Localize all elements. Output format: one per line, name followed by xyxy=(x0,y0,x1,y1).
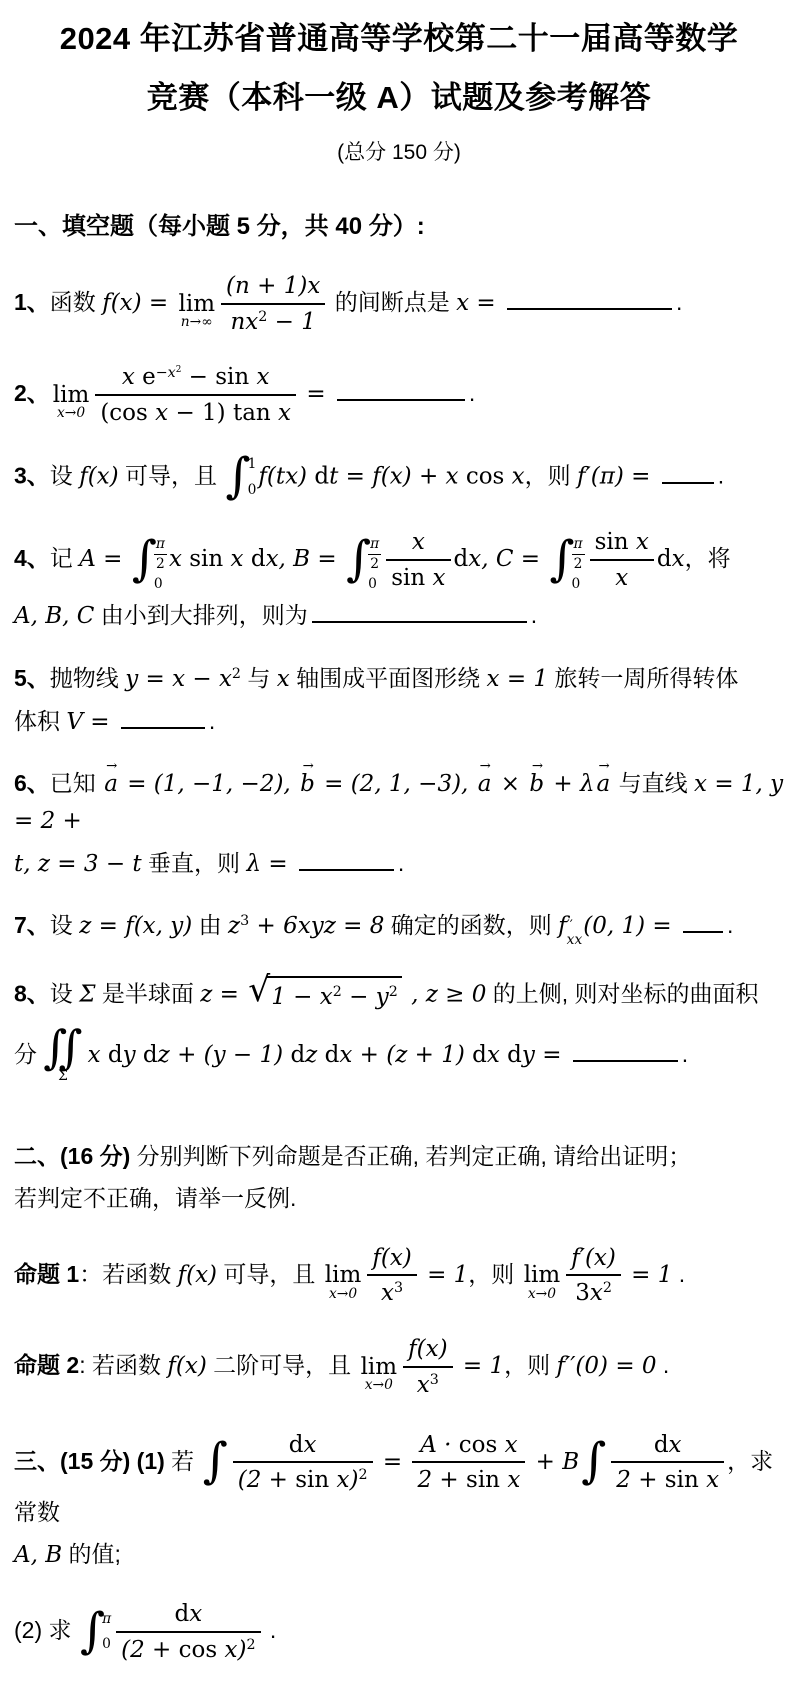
math-roman-run: 0 xyxy=(248,482,257,498)
math-roman-run: 1 xyxy=(248,456,257,472)
text-run: 是半球面 xyxy=(95,981,200,1007)
math-roman-run: d xyxy=(325,1042,340,1068)
numerator: f(x) xyxy=(367,1243,416,1277)
math-italic-run: x xyxy=(304,1432,317,1458)
superscript: 3 xyxy=(240,913,249,929)
math-italic-run: x xyxy=(672,546,685,572)
superscript: 3 xyxy=(394,1281,403,1297)
question-5-line-1: 5、抛物线 y = x − x2 与 x 轴围成平面图形绕 x = 1 旅转一周… xyxy=(14,661,784,698)
math-roman-run: d xyxy=(507,1042,522,1068)
math-italic-run: λ = xyxy=(246,851,294,877)
limit-subscript: x→0 xyxy=(361,1379,398,1393)
math-roman-run: sin xyxy=(466,1467,507,1493)
math-italic-run: x = 1 xyxy=(487,666,549,692)
math-italic-run: x, C = xyxy=(468,546,547,572)
question-2: 2、limx→0x e−x2 − sin x(cos x − 1) tan x … xyxy=(14,362,784,428)
text-run: 设 xyxy=(50,463,79,489)
math-italic-run: π xyxy=(156,536,165,552)
denominator: 2 xyxy=(572,555,585,573)
math-roman-run: 0 xyxy=(154,576,163,592)
math-italic-run: A, B xyxy=(14,1542,62,1568)
bold-text-run: 6、 xyxy=(14,770,50,796)
math-italic-run: y = xyxy=(522,1042,569,1068)
vector: →a xyxy=(597,766,611,803)
math-italic-run: x xyxy=(189,1601,202,1627)
numerator: dx xyxy=(116,1599,260,1633)
math-italic-run: × xyxy=(493,771,527,797)
text-run: 分 xyxy=(14,1041,43,1067)
text-run: 轴围成平面图形绕 xyxy=(290,665,487,691)
section-1-heading: 一、填空题（每小题 5 分，共 40 分）: xyxy=(14,208,784,245)
math-italic-run: 2 + xyxy=(417,1467,466,1493)
limit-word: lim xyxy=(53,383,90,407)
question-8-line-1: 8、设 Σ 是半球面 z = √1 − x2 − y2 , z ≥ 0 的上侧,… xyxy=(14,973,784,1018)
math-roman-run: 2 xyxy=(156,556,165,572)
math-italic-run: f(x) xyxy=(372,1245,411,1271)
denominator: 3x2 xyxy=(566,1276,621,1308)
text-run: ：若函数 xyxy=(79,1260,177,1286)
lower-limit: 0 xyxy=(248,480,257,501)
math-roman-run: d xyxy=(108,1042,123,1068)
fraction: π2 xyxy=(572,536,585,573)
text-run: 若判定不正确，请举一反例. xyxy=(14,1185,296,1211)
numerator: sin x xyxy=(590,527,654,561)
fraction: xsin x xyxy=(386,527,450,593)
math-roman-run: d xyxy=(454,546,469,572)
math-italic-run: f(x) xyxy=(167,1353,206,1379)
math-italic-run: (2 + xyxy=(121,1637,179,1663)
text-run: 若 xyxy=(165,1447,201,1473)
numerator: π xyxy=(572,536,585,555)
superscript: −x2 xyxy=(156,365,182,381)
integral: ∫π20 xyxy=(549,536,584,583)
lower-limit: 0 xyxy=(572,574,585,595)
denominator: sin x xyxy=(386,561,450,593)
integral-limits: π20 xyxy=(368,536,381,583)
text-run: 由 xyxy=(192,912,228,938)
question-1: 1、函数 f(x) = limn→∞(n + 1)xnx2 − 1 的间断点是 … xyxy=(14,271,784,337)
numerator: f(x) xyxy=(403,1334,452,1368)
integral-sign: ∫ xyxy=(581,1439,606,1485)
superscript: 2 xyxy=(232,666,241,682)
math-roman-run: 2 xyxy=(370,556,379,572)
text-run: 的间断点是 xyxy=(328,289,456,315)
math-italic-run: x xyxy=(122,364,142,390)
math-italic-run: 1 − x xyxy=(271,984,333,1010)
limit-operator: limx→0 xyxy=(53,383,90,421)
answer-blank xyxy=(337,378,465,401)
text-run: 二阶可导，且 xyxy=(207,1352,358,1378)
exam-title-line-2: 竞赛（本科一级 A）试题及参考解答 xyxy=(14,69,784,128)
denominator: (2 + cos x)2 xyxy=(116,1633,260,1665)
math-italic-run: + (z + 1) xyxy=(352,1042,472,1068)
bold-text-run: 5、 xyxy=(14,665,50,691)
limit-operator: limx→0 xyxy=(325,1263,362,1301)
denominator: (cos x − 1) tan x xyxy=(95,396,296,428)
denominator: (2 + sin x)2 xyxy=(233,1463,373,1495)
superscript: 3 xyxy=(430,1372,439,1388)
lower-limit: 0 xyxy=(154,574,167,595)
text-run: 可导，且 xyxy=(119,463,224,489)
answer-blank xyxy=(299,847,394,870)
vector-arrow-icon: → xyxy=(303,757,314,778)
math-italic-run: f xyxy=(558,913,567,939)
limit-operator: limx→0 xyxy=(524,1263,561,1301)
double-integral: ∬Σ xyxy=(43,1024,82,1087)
math-italic-run: z xyxy=(305,1042,324,1068)
limit-operator: limn→∞ xyxy=(179,292,216,330)
math-italic-run: x xyxy=(706,1467,719,1493)
integral-sign: ∫ xyxy=(203,1439,228,1485)
text-run: . xyxy=(264,1617,277,1643)
math-italic-run: + 6xyz = 8 xyxy=(249,913,384,939)
fraction: dx(2 + cos x)2 xyxy=(116,1599,260,1665)
math-roman-run: 2 xyxy=(603,1281,612,1297)
text-run: ，将 xyxy=(685,545,731,571)
math-italic-run: x xyxy=(636,529,649,555)
upper-limit: π xyxy=(102,1609,111,1630)
math-roman-run: (cos xyxy=(100,400,155,426)
numerator: A · cos x xyxy=(412,1430,525,1464)
math-italic-run: z xyxy=(228,913,240,939)
math-roman-run: 2 xyxy=(258,309,267,325)
answer-blank xyxy=(121,706,205,729)
fraction: f′(x)3x2 xyxy=(566,1243,621,1309)
answer-blank xyxy=(573,1039,678,1062)
math-italic-run: − xyxy=(181,364,215,390)
numerator: π xyxy=(154,536,167,555)
bold-text-run: 3、 xyxy=(14,463,50,489)
math-italic-run: f(x) xyxy=(178,1261,217,1287)
math-italic-run: f(tx) xyxy=(258,464,314,490)
integral: ∫10 xyxy=(225,454,256,501)
upper-limit: 1 xyxy=(248,454,257,475)
upper-limit: π2 xyxy=(368,536,381,573)
text-run: . xyxy=(682,1041,688,1067)
exam-title: 2024 年江苏省普通高等学校第二十一届高等数学 竞赛（本科一级 A）试题及参考… xyxy=(14,10,784,128)
integral: ∫π20 xyxy=(132,536,167,583)
integral-limits: 10 xyxy=(248,454,257,501)
text-run: 可导，且 xyxy=(217,1260,322,1286)
math-roman-run: d xyxy=(174,1601,189,1627)
question-6-line-2: t, z = 3 − t 垂直，则 λ = . xyxy=(14,846,784,883)
math-roman-run: 2 xyxy=(246,1637,255,1653)
radicand: 1 − x2 − y2 xyxy=(267,976,402,1018)
math-italic-run: x xyxy=(615,565,628,591)
exam-title-line-1: 2024 年江苏省普通高等学校第二十一届高等数学 xyxy=(14,10,784,69)
math-roman-run: 0 xyxy=(368,576,377,592)
vector-arrow-icon: → xyxy=(532,757,543,778)
fraction: A · cos x2 + sin x xyxy=(412,1430,525,1496)
text-run: ，则 xyxy=(525,463,577,489)
limit-subscript: x→0 xyxy=(524,1288,561,1302)
lower-limit: 0 xyxy=(368,574,381,595)
math-italic-run: z = f(x, y) xyxy=(79,913,192,939)
vector-arrow-icon: → xyxy=(598,757,609,778)
integral: ∫ xyxy=(581,1439,606,1485)
math-roman-run: 2 xyxy=(359,1468,368,1484)
question-6-line-1: 6、已知 →a = (1, −1, −2), →b = (2, 1, −3), … xyxy=(14,766,784,839)
fraction: π2 xyxy=(154,536,167,573)
math-roman-run: 2 xyxy=(574,556,583,572)
math-roman-run: d xyxy=(290,1042,305,1068)
math-italic-run: f′(x) xyxy=(571,1245,616,1271)
math-italic-run: π xyxy=(370,536,379,552)
bold-text-run: 命题 2 xyxy=(14,1352,79,1378)
math-italic-run: y = x − x xyxy=(125,666,232,692)
denominator: 2 xyxy=(368,555,381,573)
math-italic-run: = (1, −1, −2), xyxy=(120,771,298,797)
math-italic-run: x = xyxy=(456,290,503,316)
math-italic-run: = 1 xyxy=(420,1261,469,1287)
exam-body: 一、填空题（每小题 5 分，共 40 分）:1、函数 f(x) = limn→∞… xyxy=(14,208,784,1665)
superscript: 2 xyxy=(603,1281,612,1297)
limit-operator: limx→0 xyxy=(361,1355,398,1393)
total-score: (总分 150 分) xyxy=(14,136,784,166)
question-3: 3、设 f(x) 可导，且 ∫10f(tx) dt = f(x) + x cos… xyxy=(14,454,784,501)
superscript: 2 xyxy=(359,1468,368,1484)
lower-limit: 0 xyxy=(102,1634,111,1655)
math-italic-run: z = xyxy=(200,982,246,1008)
numerator: x xyxy=(386,527,450,561)
fraction: dx2 + sin x xyxy=(611,1430,724,1496)
math-roman-run: 3 xyxy=(240,913,249,929)
text-run: . xyxy=(531,602,537,628)
math-italic-run: A · xyxy=(420,1432,459,1458)
math-italic-run: = (2, 1, −3), xyxy=(317,771,476,797)
section-3-part-1-end: A, B 的值; xyxy=(14,1537,784,1574)
question-8-line-2: 分 ∬Σx dy dz + (y − 1) dz dx + (z + 1) dx… xyxy=(14,1024,784,1087)
math-italic-run: x xyxy=(381,1280,394,1306)
limit-subscript: x→0 xyxy=(325,1288,362,1302)
text-run: 设 xyxy=(50,981,79,1007)
fraction: f(x)x3 xyxy=(403,1334,452,1400)
text-run: 已知 xyxy=(50,770,102,796)
answer-blank xyxy=(507,287,672,310)
math-italic-run: Σ xyxy=(79,982,95,1008)
integral-limits: π20 xyxy=(154,536,167,583)
math-roman-run: sin xyxy=(595,529,636,555)
math-italic-run: = 1 xyxy=(624,1261,673,1287)
math-italic-run: x) xyxy=(224,1637,246,1663)
math-italic-run: f′(π) = xyxy=(577,464,658,490)
bold-text-run: 命题 1 xyxy=(14,1260,79,1286)
section-3-part-2: (2) 求 ∫π0dx(2 + cos x)2 . xyxy=(14,1599,784,1665)
square-root: √1 − x2 − y2 xyxy=(248,973,402,1018)
question-5-line-2: 体积 V = . xyxy=(14,704,784,741)
math-italic-run: π xyxy=(102,1611,111,1627)
math-italic-run: x xyxy=(417,1372,430,1398)
proposition-1: 命题 1：若函数 f(x) 可导，且 limx→0f(x)x3 = 1，则 li… xyxy=(14,1243,784,1309)
denominator: 2 xyxy=(154,555,167,573)
math-italic-run: x xyxy=(505,1432,518,1458)
bold-text-run: 二、(16 分) xyxy=(14,1143,130,1169)
math-italic-run: x xyxy=(257,364,270,390)
limit-subscript: n→∞ xyxy=(179,316,216,330)
bold-text-run: 1、 xyxy=(14,289,50,315)
math-italic-run: x xyxy=(155,400,168,426)
limit-word: lim xyxy=(524,1263,561,1287)
text-run: 体积 xyxy=(14,708,66,734)
math-roman-run: 0 xyxy=(102,1636,111,1652)
text-run: . xyxy=(727,912,733,938)
integral-limits: π0 xyxy=(102,1609,111,1656)
integral: ∫π0 xyxy=(80,1609,111,1656)
superscript: 2 xyxy=(333,985,342,1001)
math-roman-run: d xyxy=(472,1042,487,1068)
math-roman-run: d xyxy=(251,546,266,572)
section-2-heading-line-1: 二、(16 分) 分别判断下列命题是否正确, 若判定正确, 请给出证明； xyxy=(14,1139,784,1175)
math-roman-run: cos xyxy=(466,464,512,490)
text-run: . xyxy=(469,380,475,406)
denominator: x xyxy=(590,561,654,593)
text-run: ，则 xyxy=(504,1352,556,1378)
text-run: : 若函数 xyxy=(79,1352,167,1378)
question-4-line-2: A, B, C 由小到大排列，则为. xyxy=(14,598,784,635)
text-run: 函数 xyxy=(50,289,102,315)
text-run: . xyxy=(657,1352,670,1378)
answer-blank xyxy=(683,910,723,933)
math-italic-run: V = xyxy=(66,709,117,735)
math-italic-run: f(x) xyxy=(79,464,118,490)
numerator: (n + 1)x xyxy=(221,271,325,305)
integral-limits: π20 xyxy=(572,536,585,583)
math-italic-run: (n + 1)x xyxy=(226,273,320,299)
limit-subscript: x→0 xyxy=(53,407,90,421)
denominator: 2 + sin x xyxy=(611,1463,724,1495)
text-run: ，则 xyxy=(468,1260,520,1286)
superscript: 2 xyxy=(389,985,398,1001)
math-italic-run: π xyxy=(574,536,583,552)
bold-text-run: 三、(15 分) (1) xyxy=(14,1447,165,1473)
math-italic-run: x xyxy=(278,400,291,426)
denominator: nx2 − 1 xyxy=(221,305,325,337)
math-roman-run: 0 xyxy=(572,576,581,592)
vector-arrow-icon: → xyxy=(480,757,491,778)
fraction: f(x)x3 xyxy=(367,1243,416,1309)
text-run: 抛物线 xyxy=(50,665,125,691)
math-roman-run: 3 xyxy=(575,1280,590,1306)
text-run: 与直线 xyxy=(612,770,694,796)
text-run: 由小到大排列，则为 xyxy=(94,602,307,628)
superscript: 2 xyxy=(258,309,267,325)
text-run: 垂直，则 xyxy=(142,850,247,876)
fraction: sin xx xyxy=(590,527,654,593)
fraction: π2 xyxy=(368,536,381,573)
upper-limit: π2 xyxy=(572,536,585,573)
double-integral-sign: ∬ xyxy=(43,1024,82,1070)
text-run: . xyxy=(672,1260,685,1286)
text-run: 的值; xyxy=(62,1541,121,1567)
math-roman-run: d xyxy=(657,546,672,572)
math-italic-run: + B xyxy=(528,1448,579,1474)
math-italic-run: z xyxy=(158,1042,170,1068)
math-italic-run: x xyxy=(669,1432,682,1458)
text-run: 与 xyxy=(241,665,277,691)
math-italic-run: f(x) = xyxy=(102,290,175,316)
bold-text-run: 2、 xyxy=(14,380,50,406)
denominator: 2 + sin x xyxy=(412,1463,525,1495)
text-run: . xyxy=(209,708,215,734)
bold-text-run: 8、 xyxy=(14,981,50,1007)
text-run: 的上侧, 则对坐标的曲面积 xyxy=(486,981,758,1007)
math-italic-run: + (y − 1) xyxy=(170,1042,291,1068)
sup-sub-stack: ′′xx xyxy=(567,920,583,948)
text-run: . xyxy=(676,289,682,315)
math-italic-run: x xyxy=(412,529,425,555)
text-run: 记 xyxy=(50,545,79,571)
question-7: 7、设 z = f(x, y) 由 z3 + 6xyz = 8 确定的函数，则 … xyxy=(14,908,784,947)
math-italic-run: 2 + xyxy=(616,1467,665,1493)
math-roman-run: sin xyxy=(215,364,256,390)
denominator: x3 xyxy=(367,1276,416,1308)
math-roman-run: sin xyxy=(295,1467,336,1493)
vector: →b xyxy=(529,766,544,803)
math-italic-run: x xyxy=(231,546,251,572)
proposition-2: 命题 2: 若函数 f(x) 二阶可导，且 limx→0f(x)x3 = 1，则… xyxy=(14,1334,784,1400)
math-italic-run: t, z = 3 − t xyxy=(14,851,142,877)
text-run: (2) 求 xyxy=(14,1617,78,1643)
upper-limit: π2 xyxy=(154,536,167,573)
fraction: x e−x2 − sin x(cos x − 1) tan x xyxy=(95,362,296,428)
math-italic-run: A, B, C xyxy=(14,603,94,629)
math-italic-run: = xyxy=(376,1448,410,1474)
math-italic-run: −x xyxy=(156,365,176,381)
math-italic-run: x xyxy=(169,546,189,572)
answer-blank xyxy=(662,460,714,483)
math-italic-run: x xyxy=(507,1467,520,1493)
math-italic-run: x xyxy=(88,1042,108,1068)
math-italic-run: = 1 xyxy=(456,1353,505,1379)
denominator: x3 xyxy=(403,1368,452,1400)
section-3-part-1: 三、(15 分) (1) 若 ∫dx(2 + sin x)2 = A · cos… xyxy=(14,1430,784,1531)
math-roman-run: sin xyxy=(391,565,432,591)
bold-text-run: 一、填空题（每小题 5 分，共 40 分）: xyxy=(14,213,425,240)
fraction: dx(2 + sin x)2 xyxy=(233,1430,373,1496)
section-2-heading-line-2: 若判定不正确，请举一反例. xyxy=(14,1181,784,1217)
math-italic-run: A = xyxy=(79,546,130,572)
math-italic-run: = xyxy=(299,381,333,407)
numerator: dx xyxy=(611,1430,724,1464)
math-italic-run: nx xyxy=(230,309,258,335)
vector: →b xyxy=(300,766,315,803)
math-italic-run: (0, 1) = xyxy=(583,913,679,939)
text-run: 旅转一周所得转体 xyxy=(548,665,738,691)
math-italic-run: , z ≥ 0 xyxy=(404,982,487,1008)
math-italic-run: x xyxy=(339,1042,352,1068)
math-italic-run: x) xyxy=(337,1467,359,1493)
math-italic-run: f(x) xyxy=(408,1336,447,1362)
limit-word: lim xyxy=(361,1355,398,1379)
text-run: . xyxy=(718,463,724,489)
math-italic-run: (2 + xyxy=(238,1467,296,1493)
numerator: f′(x) xyxy=(566,1243,621,1277)
bold-text-run: 4、 xyxy=(14,545,50,571)
exam-document: 2024 年江苏省普通高等学校第二十一届高等数学 竞赛（本科一级 A）试题及参考… xyxy=(0,0,800,1705)
math-roman-run: − 1) tan xyxy=(168,400,278,426)
math-italic-run: x xyxy=(512,464,525,490)
vector: →a xyxy=(478,766,492,803)
math-roman-run: 2 xyxy=(333,985,342,1001)
text-run: 设 xyxy=(50,912,79,938)
math-italic-run: x xyxy=(433,565,446,591)
numerator: x e−x2 − sin x xyxy=(95,362,296,396)
math-roman-run: 2 xyxy=(389,985,398,1001)
answer-blank xyxy=(312,600,527,623)
math-italic-run: x xyxy=(487,1042,507,1068)
numerator: dx xyxy=(233,1430,373,1464)
fraction: (n + 1)xnx2 − 1 xyxy=(221,271,325,337)
